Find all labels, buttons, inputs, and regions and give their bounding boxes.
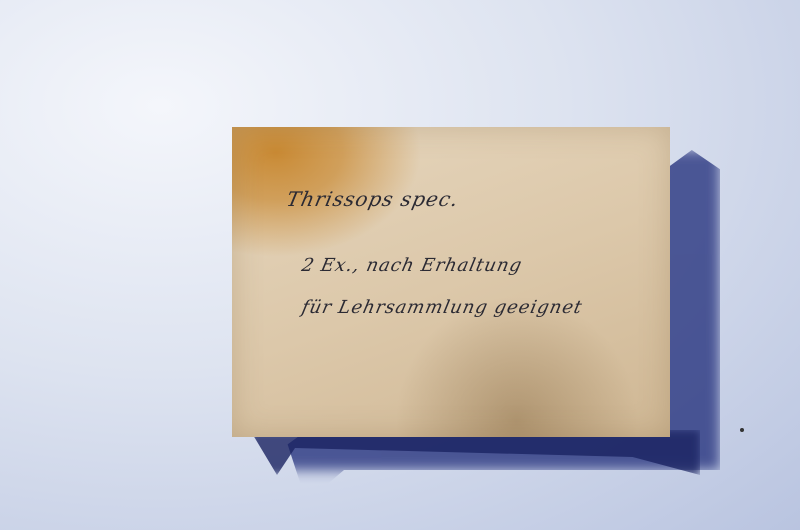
- handwritten-note: Thrissops spec. 2 Ex., nach Erhaltung fü…: [232, 127, 670, 437]
- note-line-2: 2 Ex., nach Erhaltung: [300, 255, 525, 276]
- speck: [740, 428, 744, 432]
- note-line-3: für Lehrsammlung geeignet: [300, 297, 585, 318]
- note-line-title: Thrissops spec.: [284, 187, 461, 211]
